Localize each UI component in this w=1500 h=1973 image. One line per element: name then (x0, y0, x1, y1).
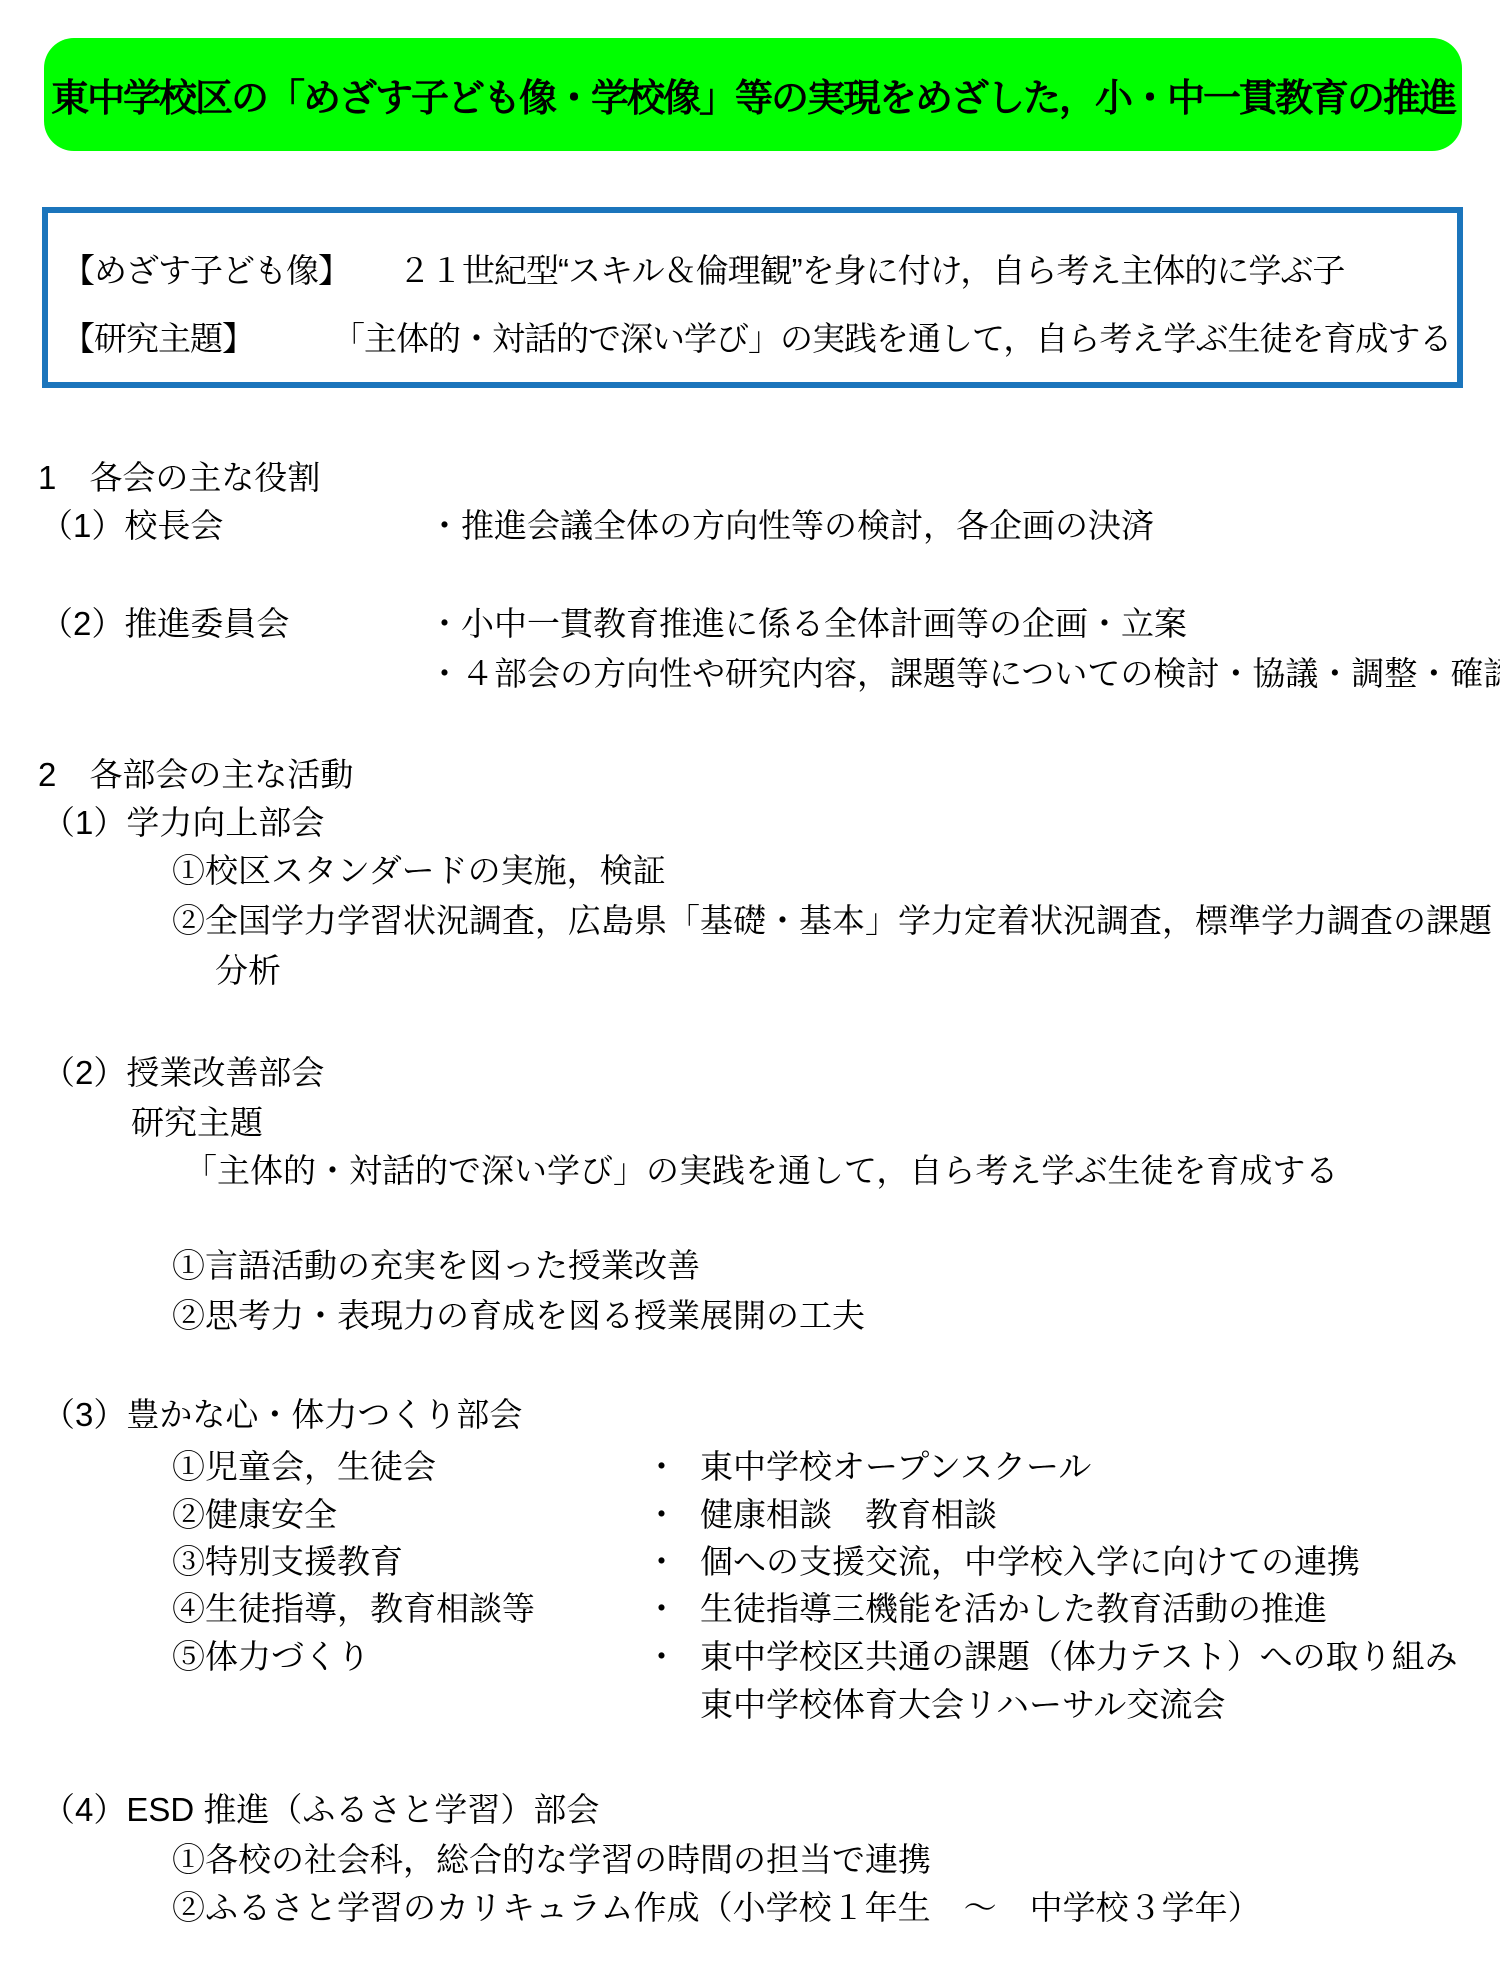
sub3-heading: （3）豊かな心・体力つくり部会 (42, 1395, 522, 1435)
row-right: 東中学校オープンスクール (700, 1447, 1091, 1487)
list-item: ①各校の社会科，総合的な学習の時間の担当で連携 (172, 1840, 931, 1880)
row-right: 生徒指導三機能を活かした教育活動の推進 (700, 1589, 1327, 1629)
bullet-marker: ・ (645, 1589, 700, 1629)
row-left: ⑤体力づくり (172, 1637, 645, 1677)
table-row: ③特別支援教育 ・ 個への支援交流，中学校入学に向けての連携 (172, 1542, 1360, 1582)
row-right: 東中学校体育大会リハーサル交流会 (700, 1685, 1225, 1725)
bullet-marker (645, 1685, 700, 1725)
list-item: ①言語活動の充実を図った授業改善 (172, 1246, 700, 1286)
bullet-marker: ・ (645, 1637, 700, 1677)
list-item: ②思考力・表現力の育成を図る授業展開の工夫 (172, 1296, 865, 1336)
goal-label: 【めざす子ども像】 (62, 245, 350, 292)
row-left: ①児童会，生徒会 (172, 1447, 645, 1487)
sub4-heading: （4）ESD 推進（ふるさと学習）部会 (42, 1790, 599, 1830)
page-title: 東中学校区の「めざす子ども像・学校像」等の実現をめざした，小・中一貫教育の推進 (51, 67, 1455, 122)
row-right: 健康相談 教育相談 (700, 1495, 997, 1535)
list-item: ①校区スタンダードの実施，検証 (172, 851, 666, 891)
document-page: 東中学校区の「めざす子ども像・学校像」等の実現をめざした，小・中一貫教育の推進 … (0, 0, 1500, 1973)
research-theme: 「主体的・対話的で深い学び」の実践を通して，自ら考え学ぶ生徒を育成する (184, 1151, 1338, 1191)
item-bullet: ・小中一貫教育推進に係る全体計画等の企画・立案 (428, 604, 1187, 644)
row-right: 個への支援交流，中学校入学に向けての連携 (700, 1542, 1360, 1582)
section1-item-committee: （2）推進委員会 ・小中一貫教育推進に係る全体計画等の企画・立案 (40, 604, 1187, 644)
sub1-heading: （1）学力向上部会 (42, 803, 324, 843)
goal-label: 【研究主題】 (62, 313, 254, 360)
table-row-continuation: 東中学校体育大会リハーサル交流会 (172, 1685, 1225, 1725)
row-left (172, 1685, 645, 1725)
title-banner: 東中学校区の「めざす子ども像・学校像」等の実現をめざした，小・中一貫教育の推進 (44, 38, 1462, 151)
table-row: ④生徒指導，教育相談等 ・ 生徒指導三機能を活かした教育活動の推進 (172, 1589, 1327, 1629)
goal-text: ２１世紀型“スキル＆倫理観”を身に付け，自ら考え主体的に学ぶ子 (398, 245, 1344, 292)
research-label: 研究主題 (131, 1103, 263, 1143)
bullet-marker: ・ (645, 1495, 700, 1535)
section2-heading: 2 各部会の主な活動 (38, 755, 353, 795)
bullet-marker: ・ (645, 1447, 700, 1487)
goal-line-child-image: 【めざす子ども像】 ２１世紀型“スキル＆倫理観”を身に付け，自ら考え主体的に学ぶ… (62, 245, 1344, 292)
sub2-heading: （2）授業改善部会 (42, 1053, 324, 1093)
item-label: （2）推進委員会 (40, 604, 428, 644)
row-left: ④生徒指導，教育相談等 (172, 1589, 645, 1629)
section1-heading: 1 各会の主な役割 (38, 458, 320, 498)
list-item: ②ふるさと学習のカリキュラム作成（小学校１年生 ～ 中学校３学年） (172, 1888, 1261, 1928)
table-row: ②健康安全 ・ 健康相談 教育相談 (172, 1495, 997, 1535)
row-right: 東中学校区共通の課題（体力テスト）への取り組み (700, 1637, 1458, 1677)
item-bullet: ・推進会議全体の方向性等の検討，各企画の決済 (428, 506, 1154, 546)
list-item-continuation: 分析 (215, 951, 281, 991)
table-row: ①児童会，生徒会 ・ 東中学校オープンスクール (172, 1447, 1091, 1487)
row-left: ②健康安全 (172, 1495, 645, 1535)
table-row: ⑤体力づくり ・ 東中学校区共通の課題（体力テスト）への取り組み (172, 1637, 1458, 1677)
section1-item-committee-bullet2: ・４部会の方向性や研究内容，課題等についての検討・協議・調整・確認 (428, 654, 1500, 694)
section1-item-principals: （1）校長会 ・推進会議全体の方向性等の検討，各企画の決済 (40, 506, 1154, 546)
goal-box: 【めざす子ども像】 ２１世紀型“スキル＆倫理観”を身に付け，自ら考え主体的に学ぶ… (42, 207, 1463, 388)
list-item: ②全国学力学習状況調査，広島県「基礎・基本」学力定着状況調査，標準学力調査の課題 (172, 901, 1492, 941)
goal-text: 「主体的・対話的で深い学び」の実践を通して，自ら考え学ぶ生徒を育成する (332, 313, 1451, 360)
row-left: ③特別支援教育 (172, 1542, 645, 1582)
item-label: （1）校長会 (40, 506, 428, 546)
goal-line-research-theme: 【研究主題】 「主体的・対話的で深い学び」の実践を通して，自ら考え学ぶ生徒を育成… (62, 313, 1451, 360)
bullet-marker: ・ (645, 1542, 700, 1582)
